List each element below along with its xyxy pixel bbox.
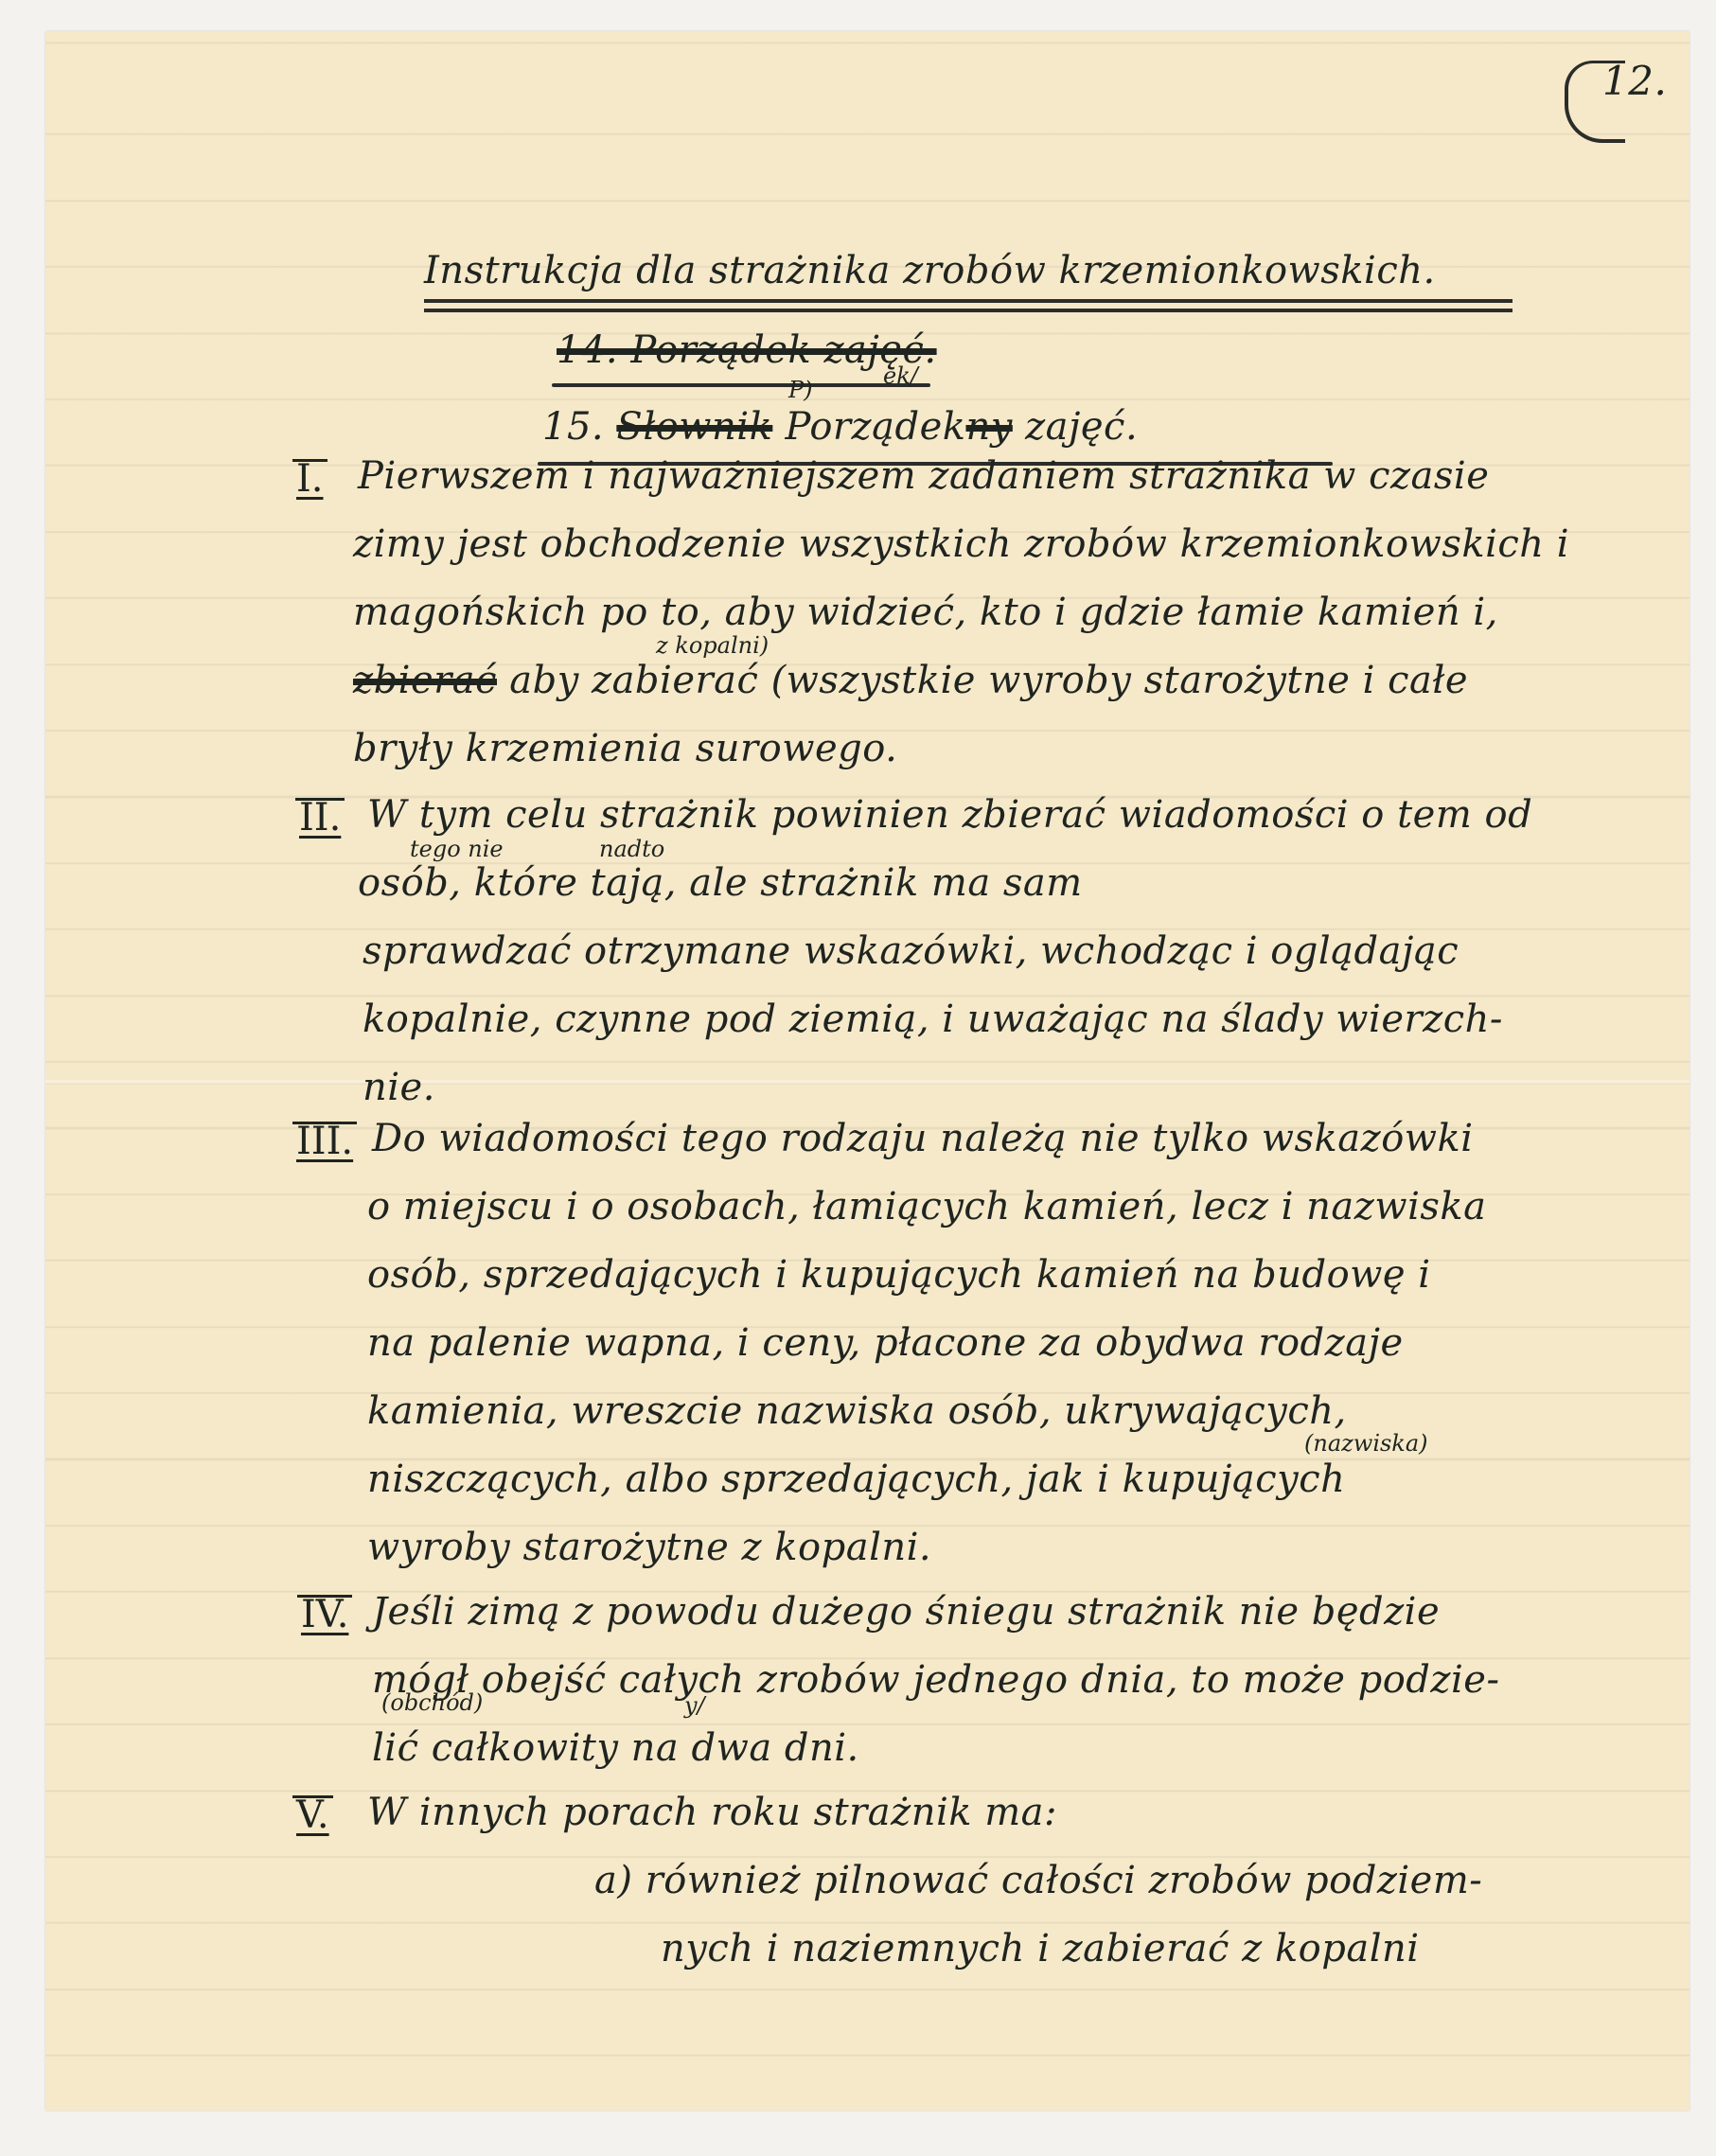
subtitle-word: orządek <box>809 405 965 449</box>
section-i-line-3: magońskich po to, aby widzieć, kto i gdz… <box>353 593 1498 631</box>
page-number: 12. <box>1565 46 1650 141</box>
section-iii-line-3: osób, sprzedających i kupujących kamień … <box>367 1256 1431 1294</box>
section-iii-line-5: kamienia, wreszcie nazwiska osób, ukrywa… <box>367 1392 1347 1430</box>
section-iii-line-4: na palenie wapna, i ceny, płacone za oby… <box>367 1324 1404 1362</box>
section-iv-insert-2: y/ <box>684 1692 705 1719</box>
manuscript-page: 12. Instrukcja dla strażnika zrobów krze… <box>45 31 1689 2111</box>
section-numeral-v: V. <box>296 1794 329 1837</box>
section-v-subitem-a: a) również pilnować całości zrobów podzi… <box>594 1862 1482 1900</box>
section-ii-line-4: kopalnie, czynne pod ziemią, i uważając … <box>363 1000 1503 1038</box>
section-iv-line-1: Jeśli zimą z powodu dużego śniegu strażn… <box>372 1593 1440 1631</box>
struck-subtitle-underline <box>552 383 930 387</box>
section-iii-line-6: niszczących, albo sprzedających, jak i k… <box>367 1460 1345 1498</box>
section-ii-insert-1: tego nie <box>410 836 504 862</box>
page-number-text: 12. <box>1602 58 1667 104</box>
section-i-line-2: zimy jest obchodzenie wszystkich zrobów … <box>353 525 1569 563</box>
subtitle-word-suffix: ny <box>965 405 1012 449</box>
document-title: Instrukcja dla strażnika zrobów krzemion… <box>424 249 1436 292</box>
section-iii-line-2: o miejscu i o osobach, łamiących kamień,… <box>367 1188 1486 1226</box>
subitem-label: a) <box>594 1859 632 1902</box>
section-iii-line-7: wyroby starożytne z kopalni. <box>367 1529 931 1566</box>
section-numeral-iii: III. <box>296 1120 353 1163</box>
insert-p: P) <box>788 377 813 403</box>
section-ii-line-3: sprawdzać otrzymane wskazówki, wchodząc … <box>363 932 1459 970</box>
section-ii-line-2: osób, które tają, ale strażnik ma sam <box>358 864 1083 902</box>
section-numeral-i: I. <box>296 457 324 501</box>
section-i-line-5: bryły krzemienia surowego. <box>353 730 897 768</box>
section-numeral-iv: IV. <box>301 1593 348 1636</box>
subtitle-word-prefix: P <box>786 405 810 449</box>
section-iv-line-3: lić całkowity na dwa dni. <box>372 1729 859 1767</box>
section-i-insert: z kopalni) <box>656 632 769 659</box>
section-iv-insert-1: (obchód) <box>381 1689 483 1716</box>
subtitle-last-word: zajęć. <box>1025 405 1138 449</box>
section-ii-line-5: nie. <box>363 1069 435 1106</box>
subtitle-struck-word: Słownik <box>616 405 772 449</box>
scanned-document: 12. Instrukcja dla strażnika zrobów krze… <box>0 0 1716 2156</box>
paper-fold-line <box>45 1079 1689 1085</box>
subtitle-number: 15. <box>542 405 604 449</box>
subtitle: 15. Słownik Porządekny zajęć. <box>542 408 1138 446</box>
section-numeral-ii: II. <box>299 796 341 839</box>
section-ii-line-1: W tym celu strażnik powinien zbierać wia… <box>367 796 1532 834</box>
title-double-underline <box>424 299 1513 312</box>
section-iii-line-1: Do wiadomości tego rodzaju należą nie ty… <box>372 1120 1474 1158</box>
insert-ek: ek/ <box>883 362 918 389</box>
section-i-line-1: Pierwszem i najważniejszem zadaniem stra… <box>358 457 1489 495</box>
section-i-line-4: zbierać aby zabierać (wszystkie wyroby s… <box>353 662 1468 699</box>
section-iv-line-2: mógł obejść całych zrobów jednego dnia, … <box>372 1661 1499 1699</box>
struck-subtitle: 14. Porządek zajęć. <box>557 331 937 369</box>
section-v-line-1: W innych porach roku strażnik ma: <box>367 1794 1057 1831</box>
section-v-subitem-a-line-2: nych i naziemnych i zabierać z kopalni <box>661 1930 1420 1968</box>
section-iii-insert: (nazwiska) <box>1304 1430 1428 1457</box>
section-i-struck-word: zbierać <box>353 659 497 702</box>
section-ii-insert-2: nadto <box>599 836 664 862</box>
